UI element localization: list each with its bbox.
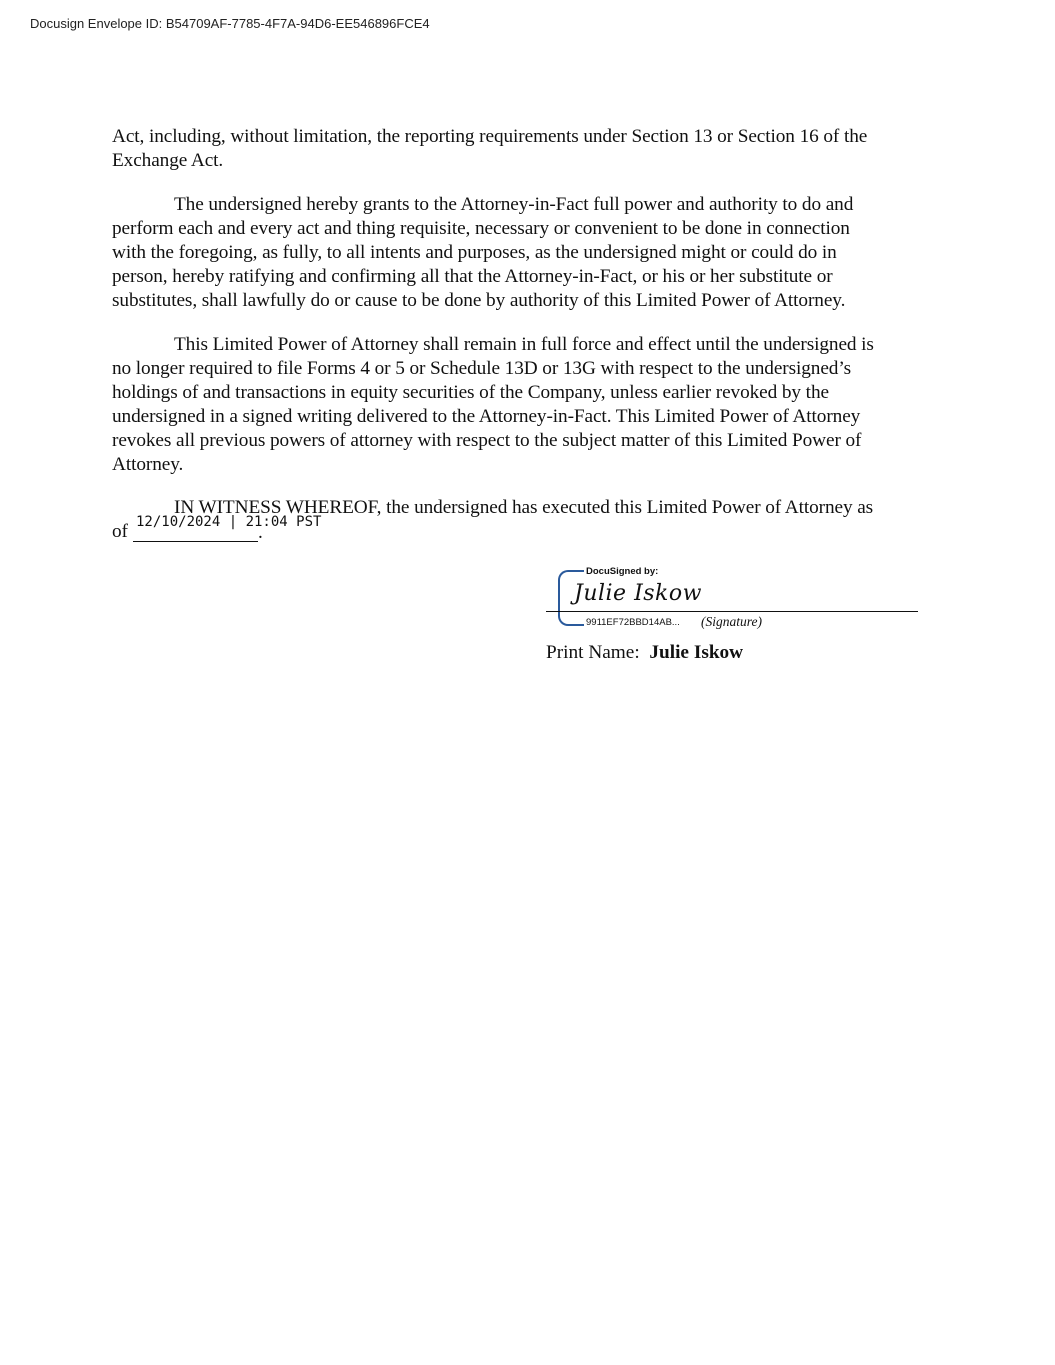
period: . [258,522,263,544]
paragraph-line: holdings of and transactions in equity s… [112,382,829,404]
signed-date-field: 12/10/2024 | 21:04 PST [136,514,321,530]
paragraph-line: with the foregoing, as fully, to all int… [112,242,837,264]
paragraph-line: person, hereby ratifying and confirming … [112,266,833,288]
handwritten-signature: Julie Iskow [574,581,702,606]
paragraph-line: Exchange Act. [112,150,223,172]
signature-caption: (Signature) [701,614,762,630]
paragraph-line: Attorney. [112,454,183,476]
paragraph-line: revokes all previous powers of attorney … [112,430,861,452]
envelope-id: Docusign Envelope ID: B54709AF-7785-4F7A… [30,16,430,31]
date-underline [133,541,258,542]
signature-hash: 9911EF72BBD14AB... [586,617,680,628]
docusigned-by-label: DocuSigned by: [586,566,658,577]
paragraph-line: The undersigned hereby grants to the Att… [174,194,853,216]
paragraph-line: This Limited Power of Attorney shall rem… [174,334,874,356]
paragraph-line: no longer required to file Forms 4 or 5 … [112,358,851,380]
paragraph-line: of [112,521,128,543]
print-name-value: Julie Iskow [649,642,743,663]
paragraph-line: Act, including, without limitation, the … [112,126,867,148]
paragraph-line: undersigned in a signed writing delivere… [112,406,860,428]
print-name-label: Print Name: [546,642,640,663]
print-name: Print Name: Julie Iskow [546,642,743,664]
paragraph-line: substitutes, shall lawfully do or cause … [112,290,845,312]
signature-line [546,611,918,612]
paragraph-line: perform each and every act and thing req… [112,218,850,240]
